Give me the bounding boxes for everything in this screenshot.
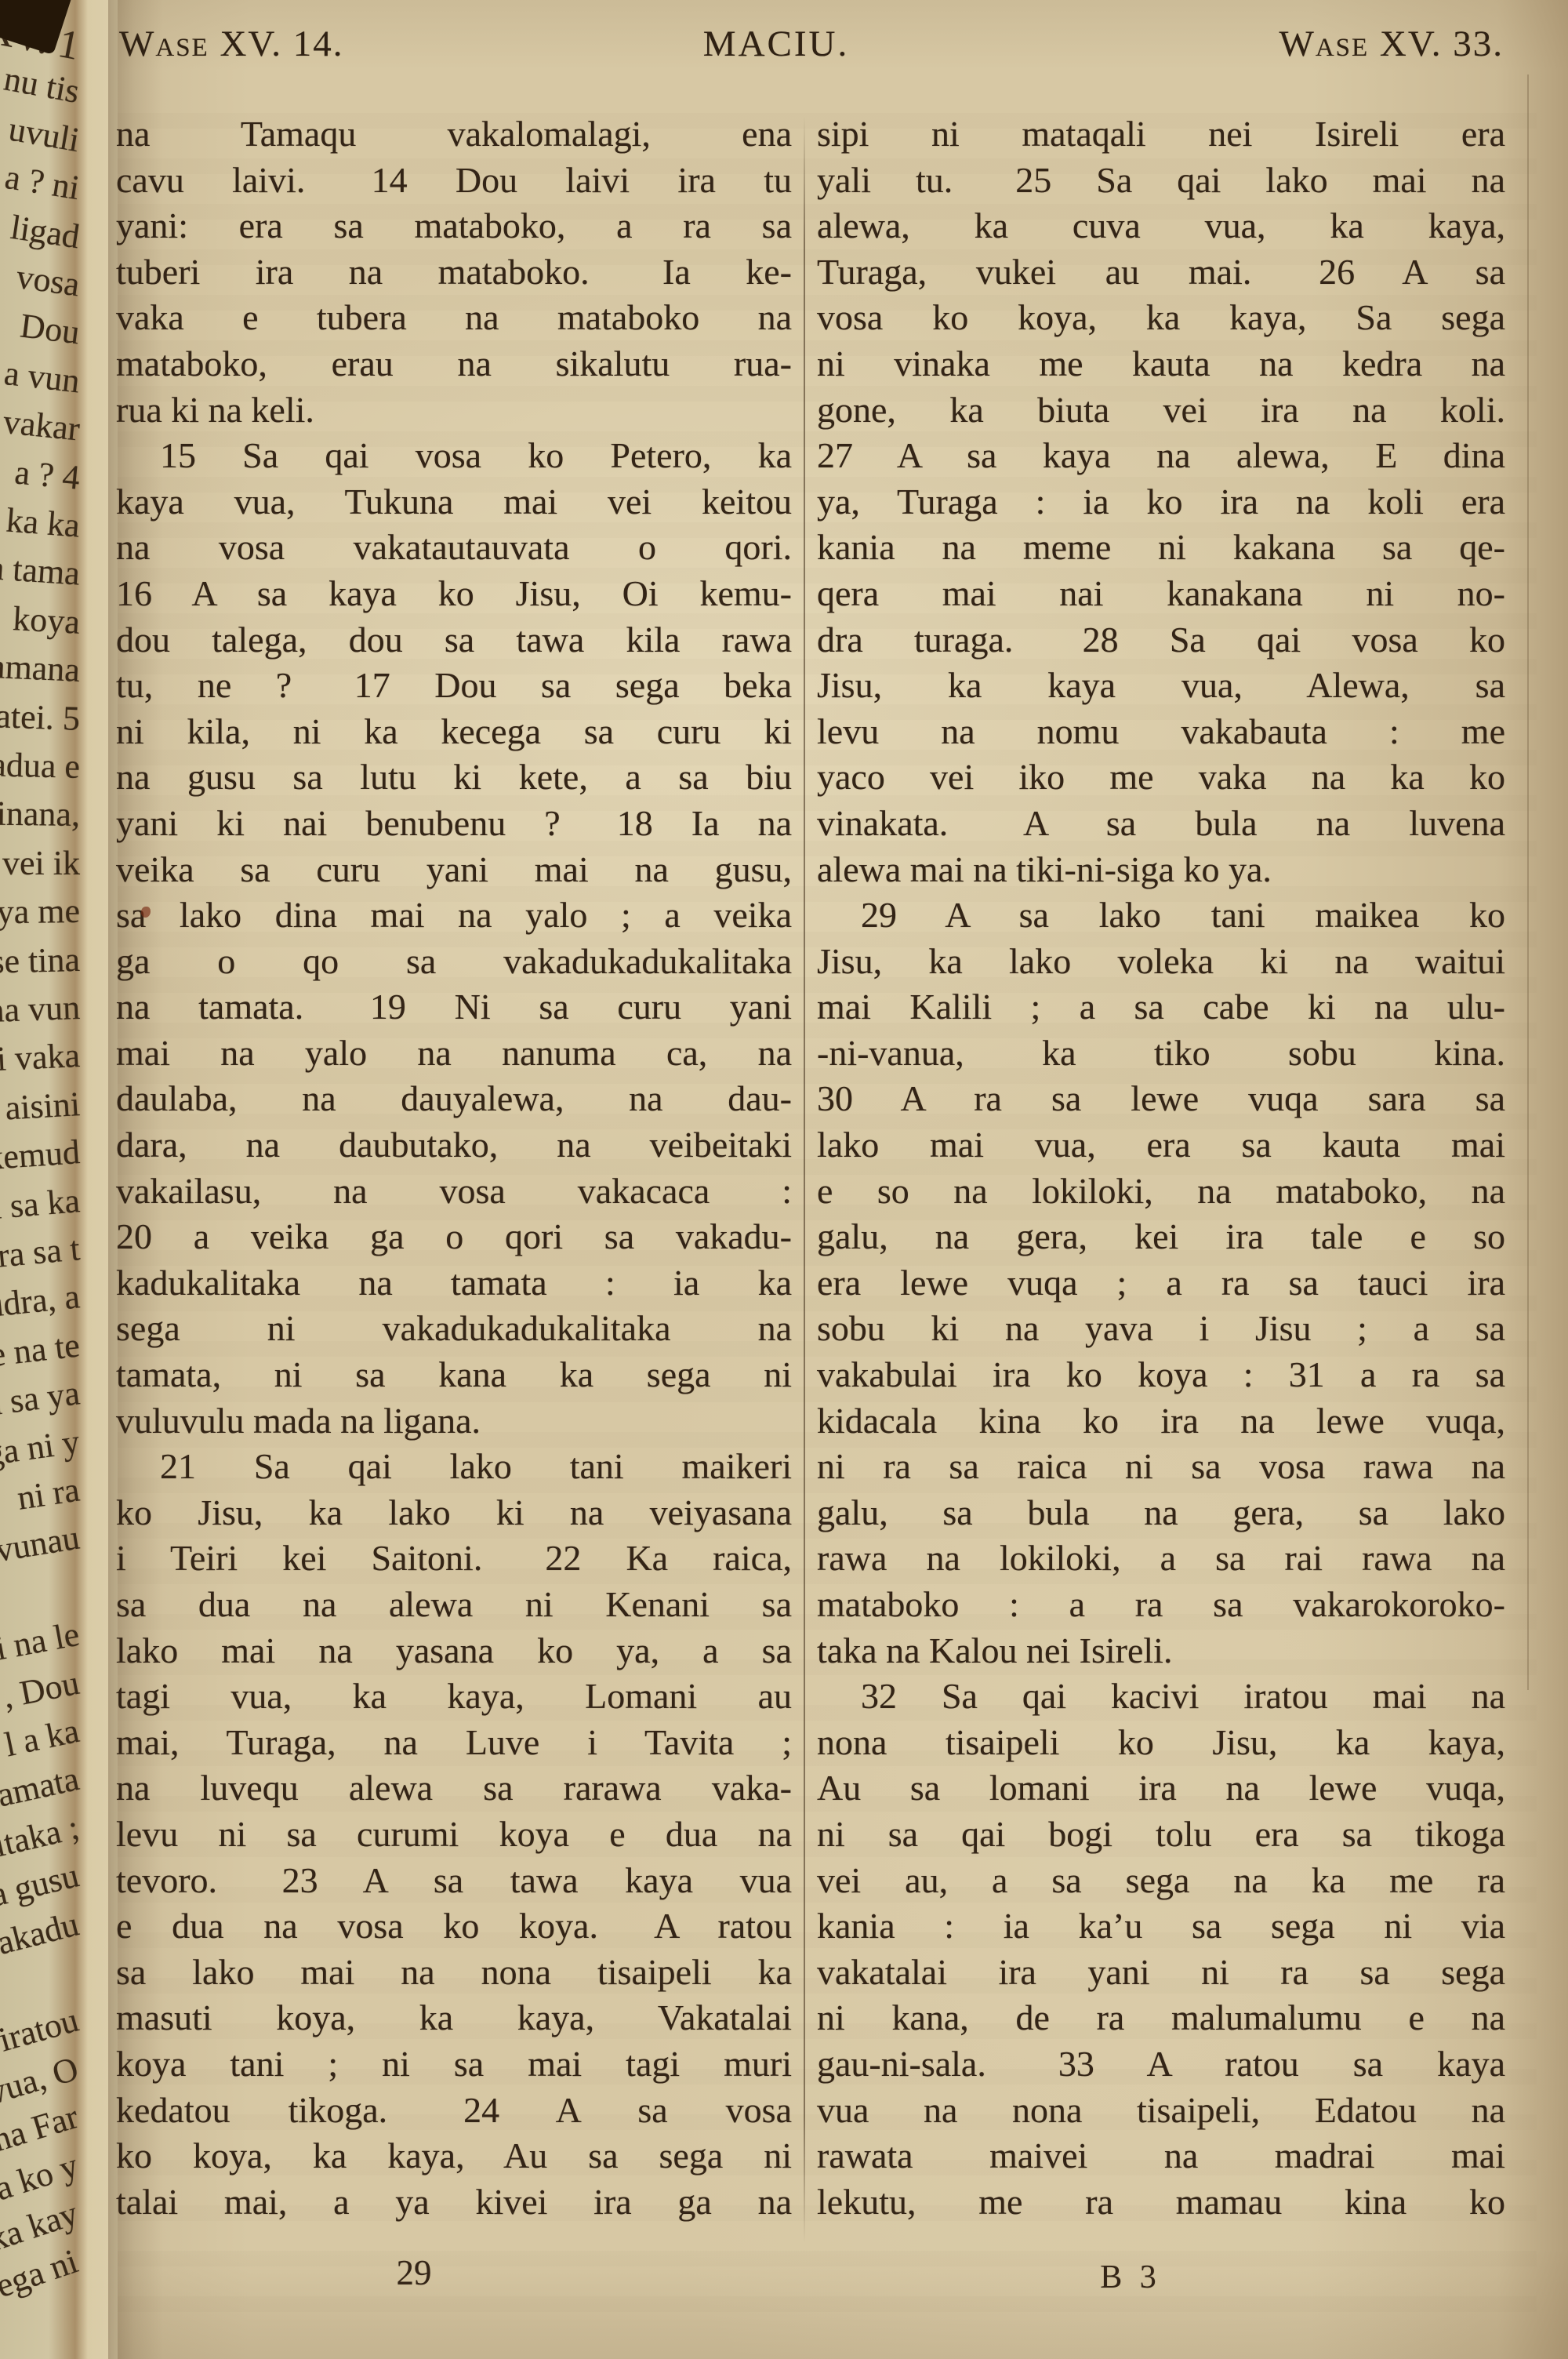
facing-page-fragment: aisini [0, 1087, 81, 1129]
text-line: mataboko : a ra sa vakarokoroko- [817, 1582, 1505, 1628]
text-line: alewa mai na tiki-ni-siga ko ya. [817, 847, 1505, 893]
text-line: na vosa vakatautauvata o qori. [116, 525, 792, 571]
text-line: rawata maivei na madrai mai [817, 2133, 1505, 2179]
text-line: vuluvulu mada na ligana. [116, 1398, 792, 1445]
text-line: ni kana, de ra malumalumu e na [817, 1995, 1505, 2041]
text-line: -ni-vanua, ka tiko sobu kina. [817, 1030, 1505, 1077]
text-line: galu, na gera, kei ira tale e so [817, 1214, 1505, 1260]
facing-page-fragment: ga ni y [0, 1424, 82, 1477]
text-line: 30 A ra sa lewe vuqa sara sa [817, 1076, 1505, 1122]
facing-page-fragment: adua e [0, 747, 80, 784]
text-line: ni vinaka me kauta na kedra na [817, 341, 1505, 387]
text-line: veika sa curu yani mai na gusu, [116, 847, 792, 893]
facing-page-fragment: na vun [0, 990, 81, 1030]
text-line: vua na nona tisaipeli, Edatou na [817, 2088, 1505, 2134]
text-line: kania : ia ka’u sa sega ni via [817, 1903, 1505, 1950]
text-line: kedatou tikoga. 24 A sa vosa [116, 2088, 792, 2134]
text-line: galu, sa bula na gera, sa lako [817, 1490, 1505, 1536]
facing-page-fragment: Dou [0, 300, 82, 351]
text-line: Turaga, vukei au mai. 26 A sa [817, 249, 1505, 296]
facing-page-fragment: a tama [0, 548, 81, 591]
running-head-right: Wase XV. 33. [784, 22, 1504, 66]
text-line: yani ki nai benubenu ? 18 Ia na [116, 801, 792, 847]
facing-page-fragment: inana, [0, 796, 80, 832]
text-line: 20 a veika ga o qori sa vakadu- [116, 1214, 792, 1260]
facing-page-fragment: koya [0, 598, 81, 640]
facing-page-fragment: i vaka [0, 1038, 81, 1079]
text-line: sa lako dina mai na yalo ; a veika [116, 892, 792, 939]
text-line: qera mai nai kanakana ni no- [817, 571, 1505, 617]
text-line: tuberi ira na mataboko. Ia ke- [116, 249, 792, 296]
text-line: mai na yalo na nanuma ca, na [116, 1030, 792, 1077]
text-line: na luvequ alewa sa rarawa vaka- [116, 1765, 792, 1812]
text-line: lako mai vua, era sa kauta mai [817, 1122, 1505, 1169]
facing-page-fragment: ega ni [0, 2245, 82, 2321]
facing-page-fragment: a ? 4 [0, 449, 82, 495]
text-line: rawa na lokiloki, a sa rai rawa na [817, 1536, 1505, 1582]
text-line: sega ni vakadukadukalitaka na [116, 1306, 792, 1352]
facing-page-fragment: ligad [0, 200, 82, 254]
text-line: e so na lokiloki, na mataboko, na [817, 1169, 1505, 1215]
text-line: yaco vei iko me vaka na ka ko [817, 754, 1505, 801]
text-line: tevoro. 23 A sa tawa kaya vua [116, 1858, 792, 1904]
facing-page-fragment: se tina [0, 943, 80, 980]
text-line: koya tani ; ni sa mai tagi muri [116, 2041, 792, 2088]
text-line: taka na Kalou nei Isireli. [817, 1628, 1505, 1674]
text-line: 21 Sa qai lako tani maikeri [116, 1444, 792, 1490]
text-line: nona tisaipeli ko Jisu, ka kaya, [817, 1720, 1505, 1766]
text-line: daulaba, na dauyalewa, na dau- [116, 1076, 792, 1122]
text-line: gau-ni-sala. 33 A ratou sa kaya [817, 2041, 1505, 2088]
text-line: mai Kalili ; a sa cabe ki na ulu- [817, 984, 1505, 1030]
facing-page-fragment: atei. 5 [0, 697, 81, 736]
text-line: lako mai na yasana ko ya, a sa [116, 1628, 792, 1674]
facing-page-fragment: ra sa ya [0, 1376, 82, 1427]
text-line: vaka e tubera na mataboko na [116, 295, 792, 341]
facing-page-fragment: vakar [0, 399, 82, 447]
text-line: ko Jisu, ka lako ki na veiyasana [116, 1490, 792, 1536]
text-line: yali tu. 25 Sa qai lako mai na [817, 158, 1505, 204]
left-text-column: na Tamaqu vakalomalagi, enacavu laivi. 1… [116, 111, 792, 2225]
text-line: sa dua na alewa ni Kenani sa [116, 1582, 792, 1628]
text-line: kidacala kina ko ira na lewe vuqa, [817, 1398, 1505, 1445]
text-line: mataboko, erau na sikalutu rua- [116, 341, 792, 387]
facing-page-fragment: vunau [0, 1521, 82, 1576]
facing-page-fragment: a ? ni [0, 151, 82, 206]
facing-page-fragment: era sa t [0, 1231, 82, 1278]
text-line: tu, ne ? 17 Dou sa sega beka [116, 663, 792, 709]
facing-page-fragment: i sa ka [0, 1183, 81, 1229]
facing-page-edge: XV. 1nu tisuvulia ? niligadvosaDoua vunv… [0, 0, 118, 2359]
text-line: tagi vua, ka kaya, Lomani au [116, 1674, 792, 1720]
text-line: sobu ki na yava i Jisu ; a sa [817, 1306, 1505, 1352]
text-line: talai mai, a ya kivei ira ga na [116, 2179, 792, 2226]
facing-page-fragment: vosa [0, 250, 82, 303]
text-line: ni ra sa raica ni sa vosa rawa na [817, 1444, 1505, 1490]
text-line: Au sa lomani ira na lewe vuqa, [817, 1765, 1505, 1812]
text-line: 15 Sa qai vosa ko Petero, ka [116, 433, 792, 479]
text-line: masuti koya, ka kaya, Vakatalai [116, 1995, 792, 2041]
facing-page-fragment: amana [0, 647, 81, 688]
text-line: na gusu sa lutu ki kete, a sa biu [116, 754, 792, 801]
text-line: cavu laivi. 14 Dou laivi ira tu [116, 158, 792, 204]
text-line: ga o qo sa vakadukadukalitaka [116, 939, 792, 985]
text-line: dra turaga. 28 Sa qai vosa ko [817, 617, 1505, 663]
text-line: 32 Sa qai kacivi iratou mai na [817, 1674, 1505, 1720]
text-line: kania na meme ni kakana sa qe- [817, 525, 1505, 571]
text-line: sipi ni mataqali nei Isireli era [817, 111, 1505, 158]
facing-page-fragment: a vun [0, 349, 82, 398]
text-line: 29 A sa lako tani maikea ko [817, 892, 1505, 939]
column-divider-rule [804, 116, 805, 2243]
text-line: na tamata. 19 Ni sa curu yani [116, 984, 792, 1030]
text-line: vosa ko koya, ka kaya, Sa sega [817, 295, 1505, 341]
text-line: i Teiri kei Saitoni. 22 Ka raica, [116, 1536, 792, 1582]
text-line: 16 A sa kaya ko Jisu, Oi kemu- [116, 571, 792, 617]
text-line: vinakata. A sa bula na luvena [817, 801, 1505, 847]
right-text-column: sipi ni mataqali nei Isireli erayali tu.… [817, 111, 1505, 2225]
facing-page-fragment: ya me [0, 894, 80, 930]
text-line: ya, Turaga : ia ko ira na koli era [817, 479, 1505, 525]
facing-page-fragment: a vei ik [0, 846, 80, 881]
text-line: yani: era sa mataboko, a ra sa [116, 203, 792, 249]
text-line: era lewe vuqa ; a ra sa tauci ira [817, 1260, 1505, 1307]
text-line: vakailasu, na vosa vakacaca : [116, 1169, 792, 1215]
text-line: lekutu, me ra mamau kina ko [817, 2179, 1505, 2226]
text-line: sa lako mai na nona tisaipeli ka [116, 1950, 792, 1996]
facing-page-fragment: udra, a [0, 1280, 82, 1328]
facing-page-fragment: e na te [0, 1328, 82, 1377]
page-number: 29 [116, 2252, 712, 2293]
text-line: kaya vua, Tukuna mai vei keitou [116, 479, 792, 525]
text-line: rua ki na keli. [116, 387, 792, 434]
text-line: na Tamaqu vakalomalagi, ena [116, 111, 792, 158]
text-line: Jisu, ka lako voleka ki na waitui [817, 939, 1505, 985]
signature-mark: B 3 [817, 2259, 1444, 2296]
text-line: ni kila, ni ka kecega sa curu ki [116, 709, 792, 755]
text-line: levu na nomu vakabauta : me [817, 709, 1505, 755]
text-line: vei au, a sa sega na ka me ra [817, 1858, 1505, 1904]
text-line: vakatalai ira yani ni ra sa sega [817, 1950, 1505, 1996]
text-line: mai, Turaga, na Luve i Tavita ; [116, 1720, 792, 1766]
text-line: alewa, ka cuva vua, ka kaya, [817, 203, 1505, 249]
facing-page-fragment: kemud [0, 1135, 81, 1179]
text-line: ko koya, ka kaya, Au sa sega ni [116, 2133, 792, 2179]
text-line: gone, ka biuta vei ira na koli. [817, 387, 1505, 434]
facing-page-fragment: vakadu [0, 1906, 82, 1973]
scanned-book-page: XV. 1nu tisuvulia ? niligadvosaDoua vunv… [0, 0, 1568, 2359]
text-line: levu ni sa curumi koya e dua na [116, 1812, 792, 1858]
text-line: Jisu, ka kaya vua, Alewa, sa [817, 663, 1505, 709]
text-line: ni sa qai bogi tolu era sa tikoga [817, 1812, 1505, 1858]
text-line: vakabulai ira ko koya : 31 a ra sa [817, 1352, 1505, 1398]
text-line: kadukalitaka na tamata : ia ka [116, 1260, 792, 1307]
text-line: dara, na daubutako, na veibeitaki [116, 1122, 792, 1169]
text-line: dou talega, dou sa tawa kila rawa [116, 617, 792, 663]
text-line: e dua na vosa ko koya. A ratou [116, 1903, 792, 1950]
text-line: 27 A sa kaya na alewa, E dina [817, 433, 1505, 479]
text-line: tamata, ni sa kana ka sega ni [116, 1352, 792, 1398]
facing-page-fragment: ka ka [0, 498, 81, 543]
right-margin-rule [1527, 75, 1529, 1690]
